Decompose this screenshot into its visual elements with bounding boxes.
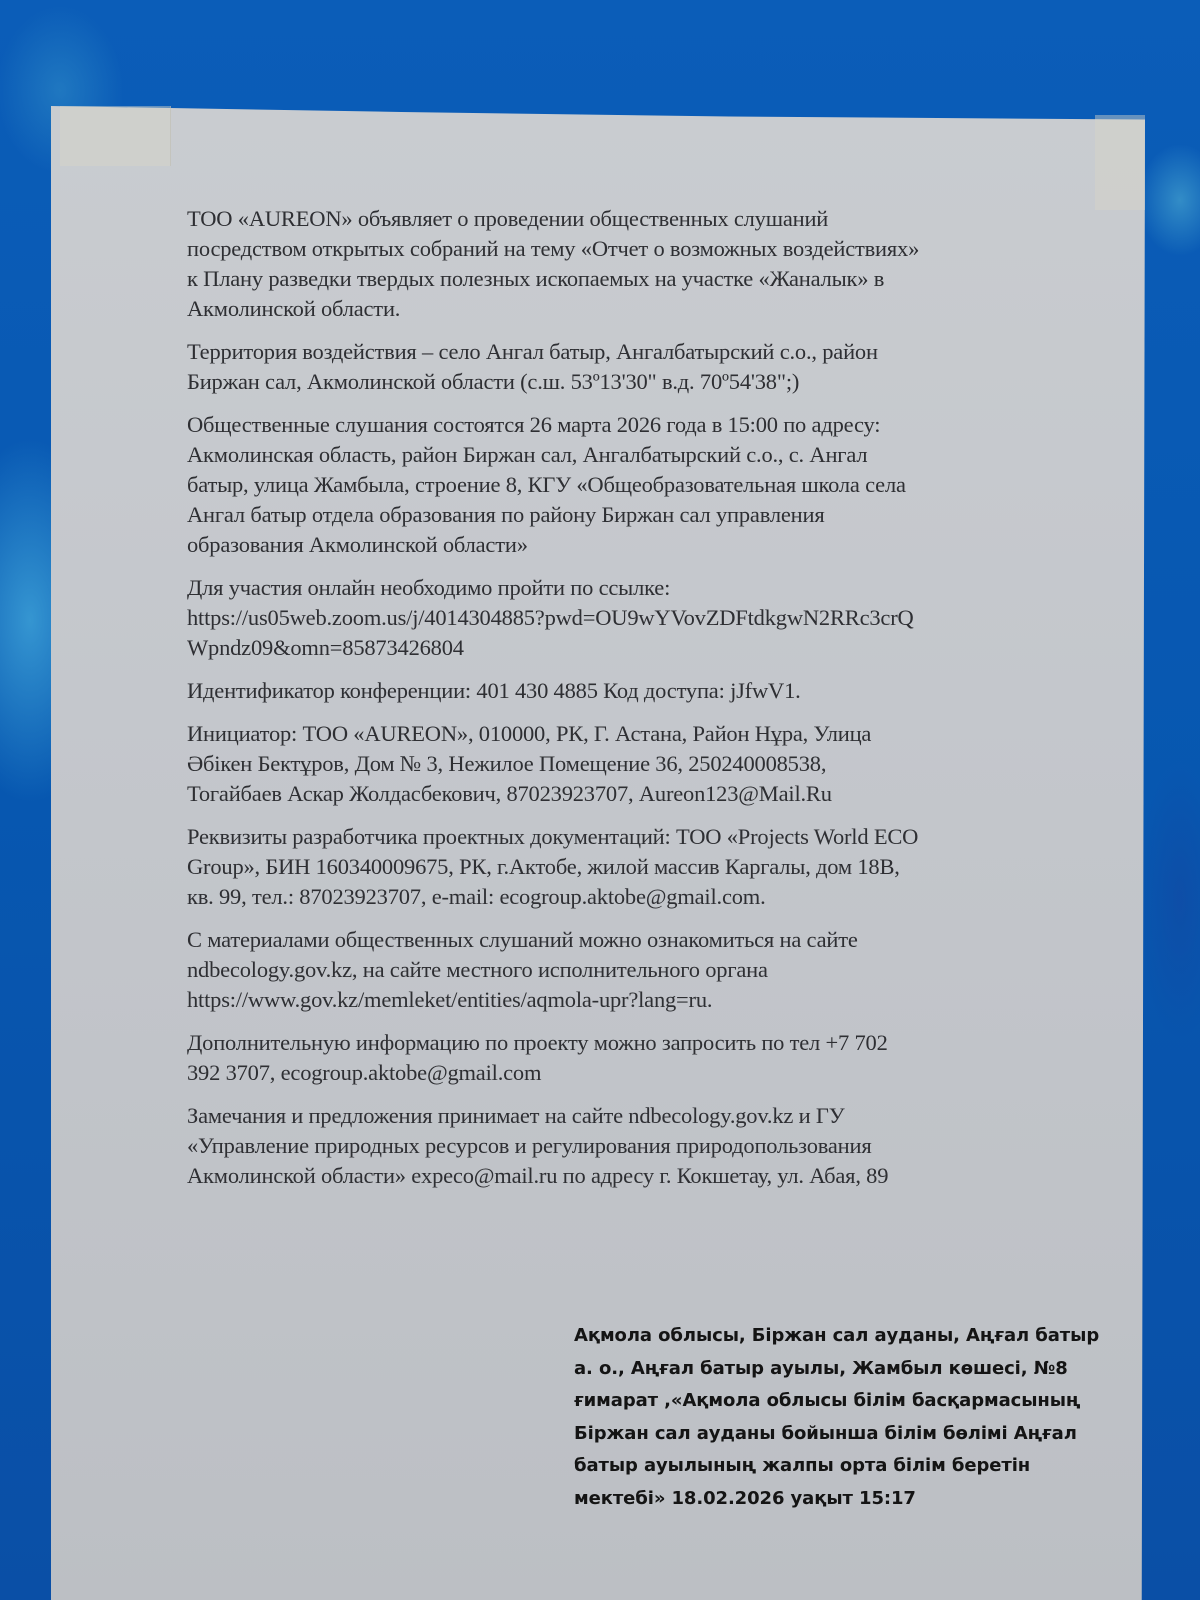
paragraph-additional-info: Дополнительную информацию по проекту мож… xyxy=(187,1028,1047,1088)
paragraph-developer-details: Реквизиты разработчика проектных докумен… xyxy=(187,822,1047,912)
photo-location-timestamp-caption: Ақмола облысы, Біржан сал ауданы, Аңғал … xyxy=(574,1320,1174,1515)
paragraph-impact-territory: Территория воздействия – село Ангал баты… xyxy=(187,337,1047,397)
paragraph-materials: С материалами общественных слушаний можн… xyxy=(187,925,1047,1015)
paragraph-announcement: ТОО «AUREON» объявляет о проведении обще… xyxy=(187,204,1047,324)
paragraph-initiator: Инициатор: ТОО «AUREON», 010000, РК, Г. … xyxy=(187,719,1047,809)
paragraph-online-link: Для участия онлайн необходимо пройти по … xyxy=(187,573,1047,663)
paragraph-conference-id: Идентификатор конференции: 401 430 4885 … xyxy=(187,676,1047,706)
tape-top-left xyxy=(60,106,171,166)
notice-body: ТОО «AUREON» объявляет о проведении обще… xyxy=(187,204,1047,1204)
tape-top-right xyxy=(1095,115,1145,210)
paragraph-comments: Замечания и предложения принимает на сай… xyxy=(187,1101,1047,1191)
paragraph-hearing-date-address: Общественные слушания состоятся 26 марта… xyxy=(187,410,1047,560)
